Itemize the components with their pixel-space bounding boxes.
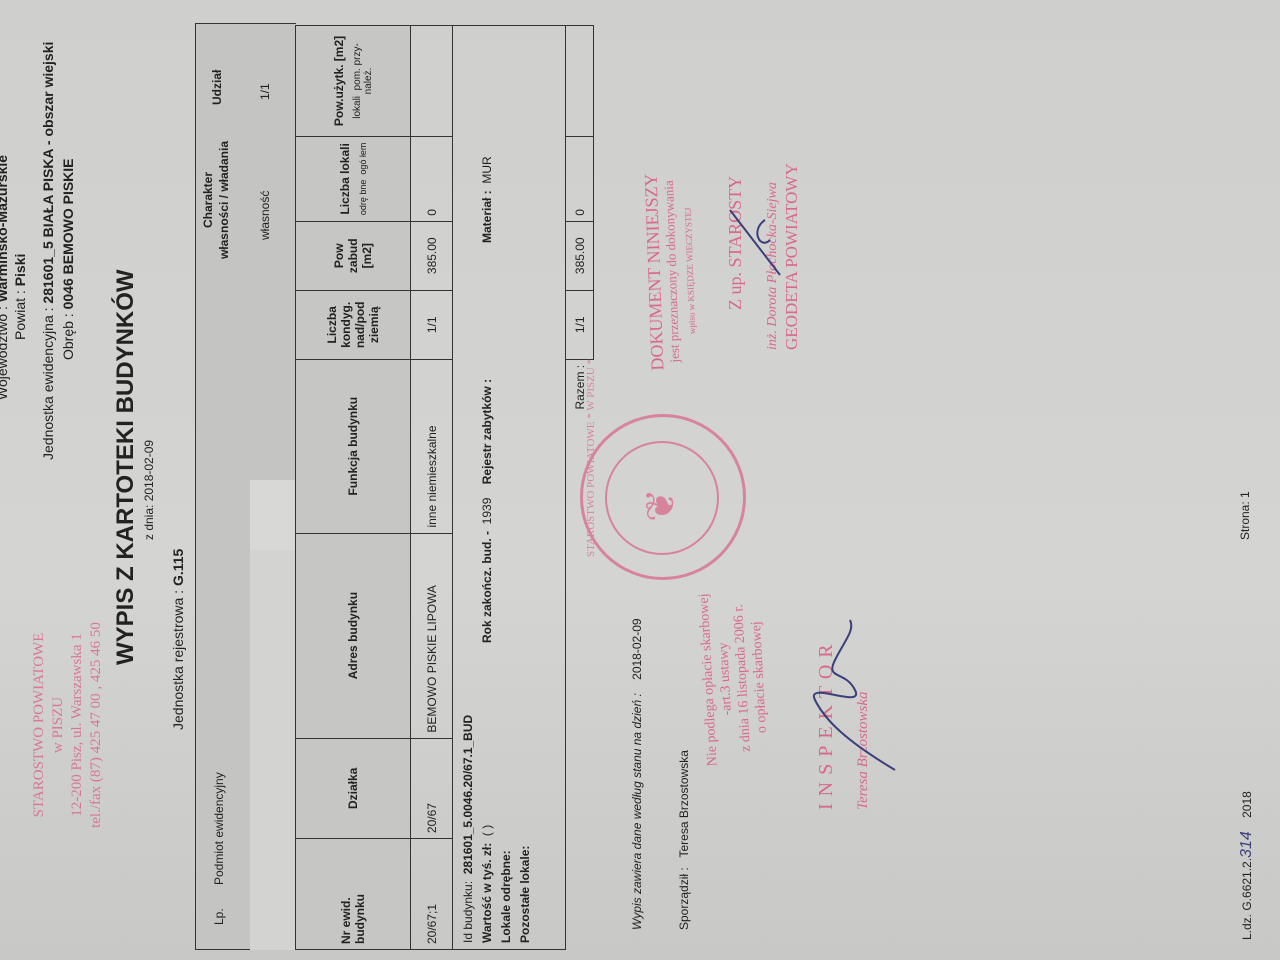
header-dzialka: Działka (296, 738, 411, 838)
wojewodztwo-line: Województwo : Warmińsko-Mazurskie (0, 155, 10, 400)
wypis-line: Wypis zawiera dane według stanu na dzień… (630, 618, 644, 930)
cell-kondyg: 1/1 (411, 290, 453, 359)
geodeta-signature-icon (720, 190, 790, 280)
sporzadzil-label: Sporządził : (677, 867, 691, 930)
cell-lokali: 0 (411, 136, 453, 221)
header-adres: Adres budynku (296, 533, 411, 738)
wypis-label: Wypis zawiera dane według stanu na dzień… (630, 693, 644, 930)
round-stamp: ❦ STAROSTWO POWIATOWE * W PISZU * (580, 414, 746, 580)
razem-kondyg: 1/1 (566, 290, 594, 359)
id-line: Id budynku: 281601_5.0046.20/67.1_BUD (459, 32, 478, 943)
header-pow-uzytk-main: Pow.użytk. [m2] (332, 31, 346, 131)
obreb-value: 0046 BEMOWO PISKIE (60, 158, 76, 309)
udzial-value: 1/1 (258, 83, 272, 100)
header-lokali-sub1: odrę bne (358, 180, 368, 216)
table-header-row: Nr ewid. budynku Działka Adres budynku F… (296, 26, 411, 950)
cell-dzialka: 20/67 (411, 738, 453, 838)
razem-lokali: 0 (566, 136, 594, 221)
letterhead-line-2: w PISZU (49, 535, 68, 915)
podmiot-label: Podmiot ewidencyjny (212, 772, 226, 885)
powiat-line: Powiat : Piski (12, 254, 28, 340)
rok-line: Rok zakończ. bud. - 1939 Rejestr zabytkó… (478, 379, 497, 643)
redaction-patch (250, 480, 295, 550)
charakter-label-1: Charakter (200, 140, 216, 260)
rok-label: Rok zakończ. bud. - (480, 531, 494, 643)
header-funkcja: Funkcja budynku (296, 359, 411, 533)
round-stamp-text: STAROSTWO POWIATOWE * W PISZU * (585, 359, 597, 557)
powiat-value: Piski (12, 254, 28, 287)
jednostka-label: Jednostka ewidencyjna : (40, 307, 56, 460)
header-lokali: Liczba lokali odrę bne ogó łem (296, 136, 411, 221)
cell-pow-zabud: 385.00 (411, 221, 453, 290)
header-lokali-main: Liczba lokali (338, 142, 352, 216)
dokument-stamp: DOKUMENT NINIEJSZY jest przeznaczony do … (642, 172, 703, 371)
cell-adres: BEMOWO PISKIE LIPOWA (411, 533, 453, 738)
jednostka-rejestrowa: Jednostka rejestrowa : G.115 (170, 549, 186, 730)
rejestr-label: Rejestr zabytków : (480, 379, 494, 484)
inspektor-signature-icon (785, 610, 905, 780)
oplata-stamp: Nie podlega opłacie skarbowej -art.3 ust… (696, 590, 773, 766)
table-row: 20/67;1 20/67 BEMOWO PISKIE LIPOWA inne … (411, 26, 453, 950)
letterhead-stamp: STAROSTWO POWIATOWE w PISZU 12-200 Pisz,… (30, 535, 106, 915)
charakter-value: własność (258, 191, 272, 240)
rok-value: 1939 (480, 498, 494, 525)
ldz-year: 2018 (1240, 791, 1254, 818)
jednostka-line: Jednostka ewidencyjna : 281601_5 BIAŁA P… (40, 42, 56, 460)
ldz-handwritten: 314 (1238, 831, 1255, 858)
udzial-label: Udział (210, 70, 224, 105)
jednostka-rejestrowa-value: G.115 (170, 549, 186, 586)
id-label: Id budynku: (461, 881, 475, 943)
jednostka-value: 281601_5 BIAŁA PISKA - obszar wiejski (40, 42, 56, 304)
header-kondyg: Liczba kondyg. nad/pod ziemią (296, 290, 411, 359)
details-row: Id budynku: 281601_5.0046.20/67.1_BUD Wa… (453, 26, 566, 950)
eagle-emblem-icon: ❦ (638, 488, 684, 522)
header-pow-sub1: lokali (352, 96, 363, 119)
page-number: Strona: 1 (1238, 491, 1252, 540)
letterhead-line-1: STAROSTWO POWIATOWE (30, 535, 49, 915)
lp-label: Lp. (212, 908, 226, 925)
cell-pow-uzytk (411, 26, 453, 137)
header-lokali-sub: odrę bne ogó łem (358, 142, 368, 216)
lokale-odrebne-label: Lokale odrębne: (497, 32, 516, 943)
ldz-line: L.dz. G.6621.2.314 2018 (1238, 791, 1256, 940)
charakter-label: Charakter własności / władania (200, 140, 232, 260)
razem-pow-uzytk (566, 26, 594, 137)
buildings-table: Nr ewid. budynku Działka Adres budynku F… (295, 25, 594, 950)
razem-pow-zabud: 385.00 (566, 221, 594, 290)
pozostale-lokale-label: Pozostałe lokale: (516, 32, 535, 943)
charakter-label-2: własności / władania (216, 140, 232, 260)
material-label: Materiał : (480, 190, 494, 243)
material-value: MUR (480, 156, 494, 183)
cell-funkcja: inne niemieszkalne (411, 359, 453, 533)
letterhead-line-3: 12-200 Pisz, ul. Warszawska 1 (68, 535, 87, 915)
header-lokali-sub2: ogó łem (358, 143, 368, 175)
powiat-label: Powiat : (12, 290, 28, 340)
document-page: Województwo : Warmińsko-Mazurskie Powiat… (0, 0, 1280, 960)
header-pow-zabud: Pow zabud [m2] (296, 221, 411, 290)
page-subtitle: z dnia: 2018-02-09 (142, 440, 156, 540)
wypis-date: 2018-02-09 (630, 618, 644, 679)
material-line: Materiał : MUR (478, 156, 497, 243)
redaction-strip (250, 550, 295, 950)
header-nr-ewid: Nr ewid. budynku (296, 839, 411, 950)
wartosc-line: Wartość w tyś. zł: ( ) Rok zakończ. bud.… (478, 32, 497, 943)
sporzadzil-line: Sporządził : Teresa Brzostowska (677, 750, 691, 930)
id-value: 281601_5.0046.20/67.1_BUD (461, 715, 475, 874)
sporzadzil-value: Teresa Brzostowska (677, 750, 691, 857)
ldz-label: L.dz. G.6621.2. (1240, 858, 1254, 940)
wartosc-value: ( ) (480, 825, 494, 836)
page-title: WYPIS Z KARTOTEKI BUDYNKÓW (112, 269, 140, 665)
obreb-line: Obręb : 0046 BEMOWO PISKIE (60, 158, 76, 360)
wartosc-label: Wartość w tyś. zł: (480, 843, 494, 943)
cell-nr-ewid: 20/67;1 (411, 839, 453, 950)
details-cell: Id budynku: 281601_5.0046.20/67.1_BUD Wa… (453, 26, 566, 950)
wojewodztwo-value: Warmińsko-Mazurskie (0, 155, 10, 302)
obreb-label: Obręb : (60, 313, 76, 360)
wojewodztwo-label: Województwo : (0, 306, 10, 400)
header-pow-uzytk: Pow.użytk. [m2] lokali pom. przy- należ. (296, 26, 411, 137)
letterhead-line-4: tel./fax (87) 425 47 00 , 425 46 50 (87, 535, 106, 915)
header-pow-sub2: pom. przy- należ. (352, 43, 374, 94)
jednostka-rejestrowa-label: Jednostka rejestrowa : (170, 590, 186, 730)
header-pow-uzytk-sub: lokali pom. przy- należ. (352, 31, 374, 131)
